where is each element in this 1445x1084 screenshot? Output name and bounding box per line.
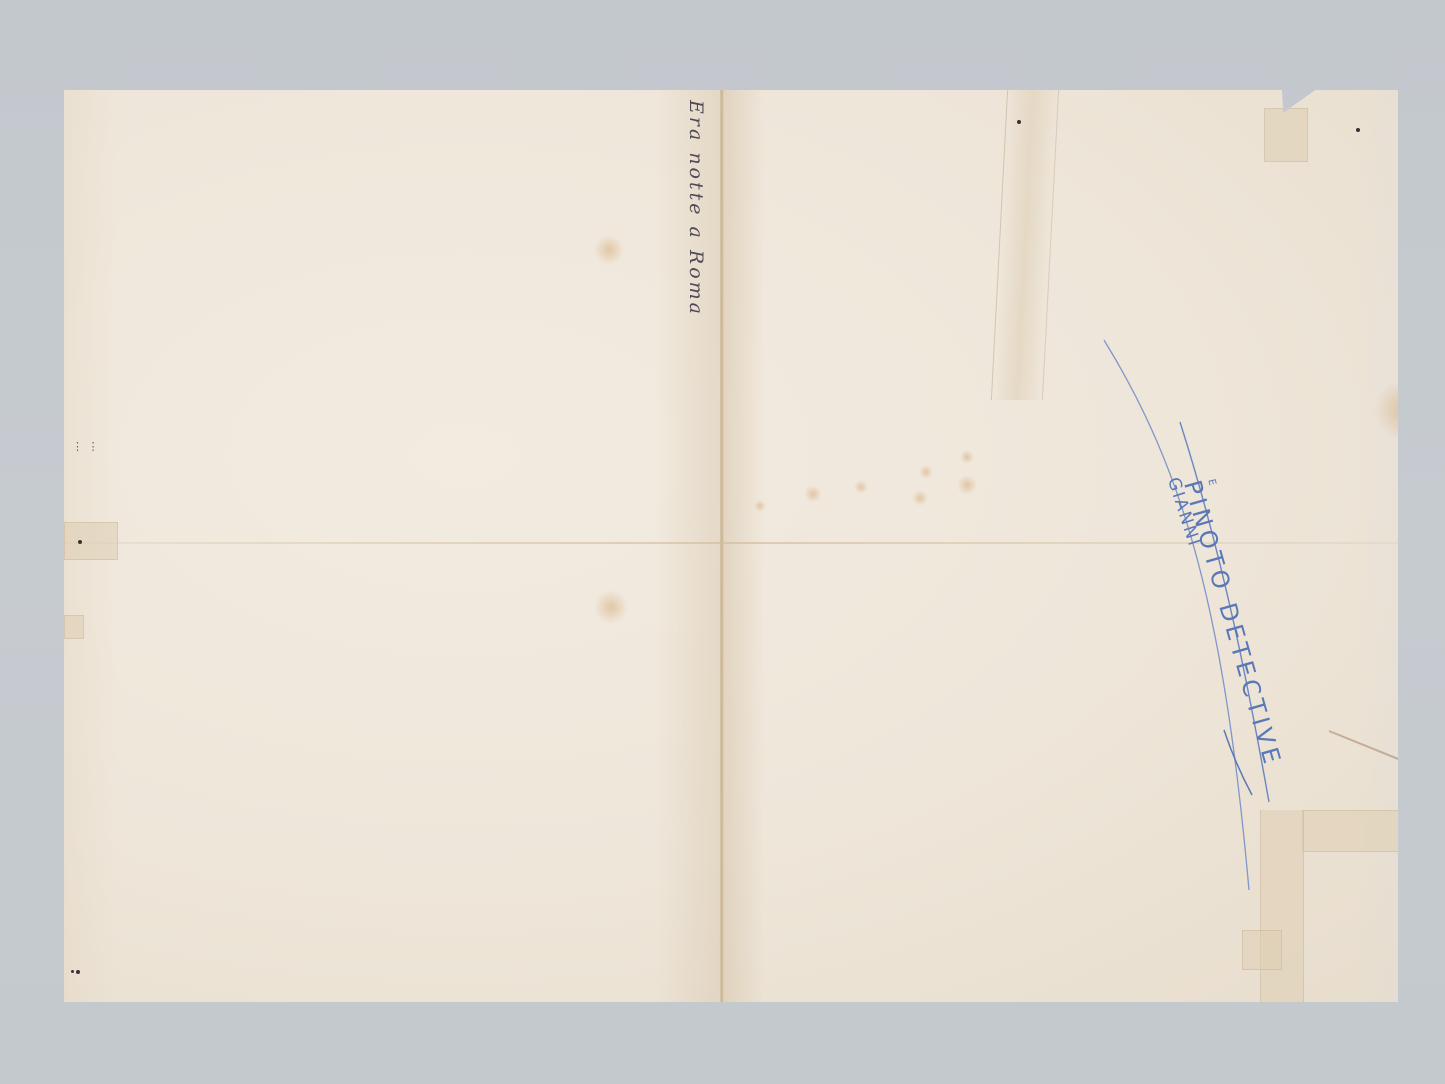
stain: [912, 490, 928, 506]
paper-left-half: [64, 90, 722, 1002]
tape-piece: [1260, 810, 1304, 1011]
ink-dot: [71, 970, 74, 973]
stain: [594, 590, 628, 624]
tape-piece: [1264, 108, 1308, 162]
pencil-note: Era notte a Roma: [685, 100, 707, 317]
tape-piece: [64, 522, 118, 560]
paper-sheet: ⋮ ⋮ Era notte a Roma GIANNI E PINOTO DET…: [64, 90, 1398, 1002]
stain: [1374, 380, 1434, 440]
tape-piece: [1302, 810, 1400, 852]
stain: [804, 485, 822, 503]
ink-dot: [1017, 120, 1021, 124]
stain: [854, 480, 868, 494]
stain: [919, 465, 933, 479]
ink-dot: [78, 540, 82, 544]
edge-pencil-marks: ⋮ ⋮: [72, 440, 98, 454]
ink-dot: [76, 970, 80, 974]
tape-piece: [64, 615, 84, 639]
tape-piece: [1242, 930, 1282, 970]
stain: [594, 235, 624, 265]
stain: [754, 500, 766, 512]
stain: [957, 475, 977, 495]
ink-dot: [1356, 128, 1360, 132]
vertical-fold: [720, 90, 724, 1002]
stain: [960, 450, 974, 464]
